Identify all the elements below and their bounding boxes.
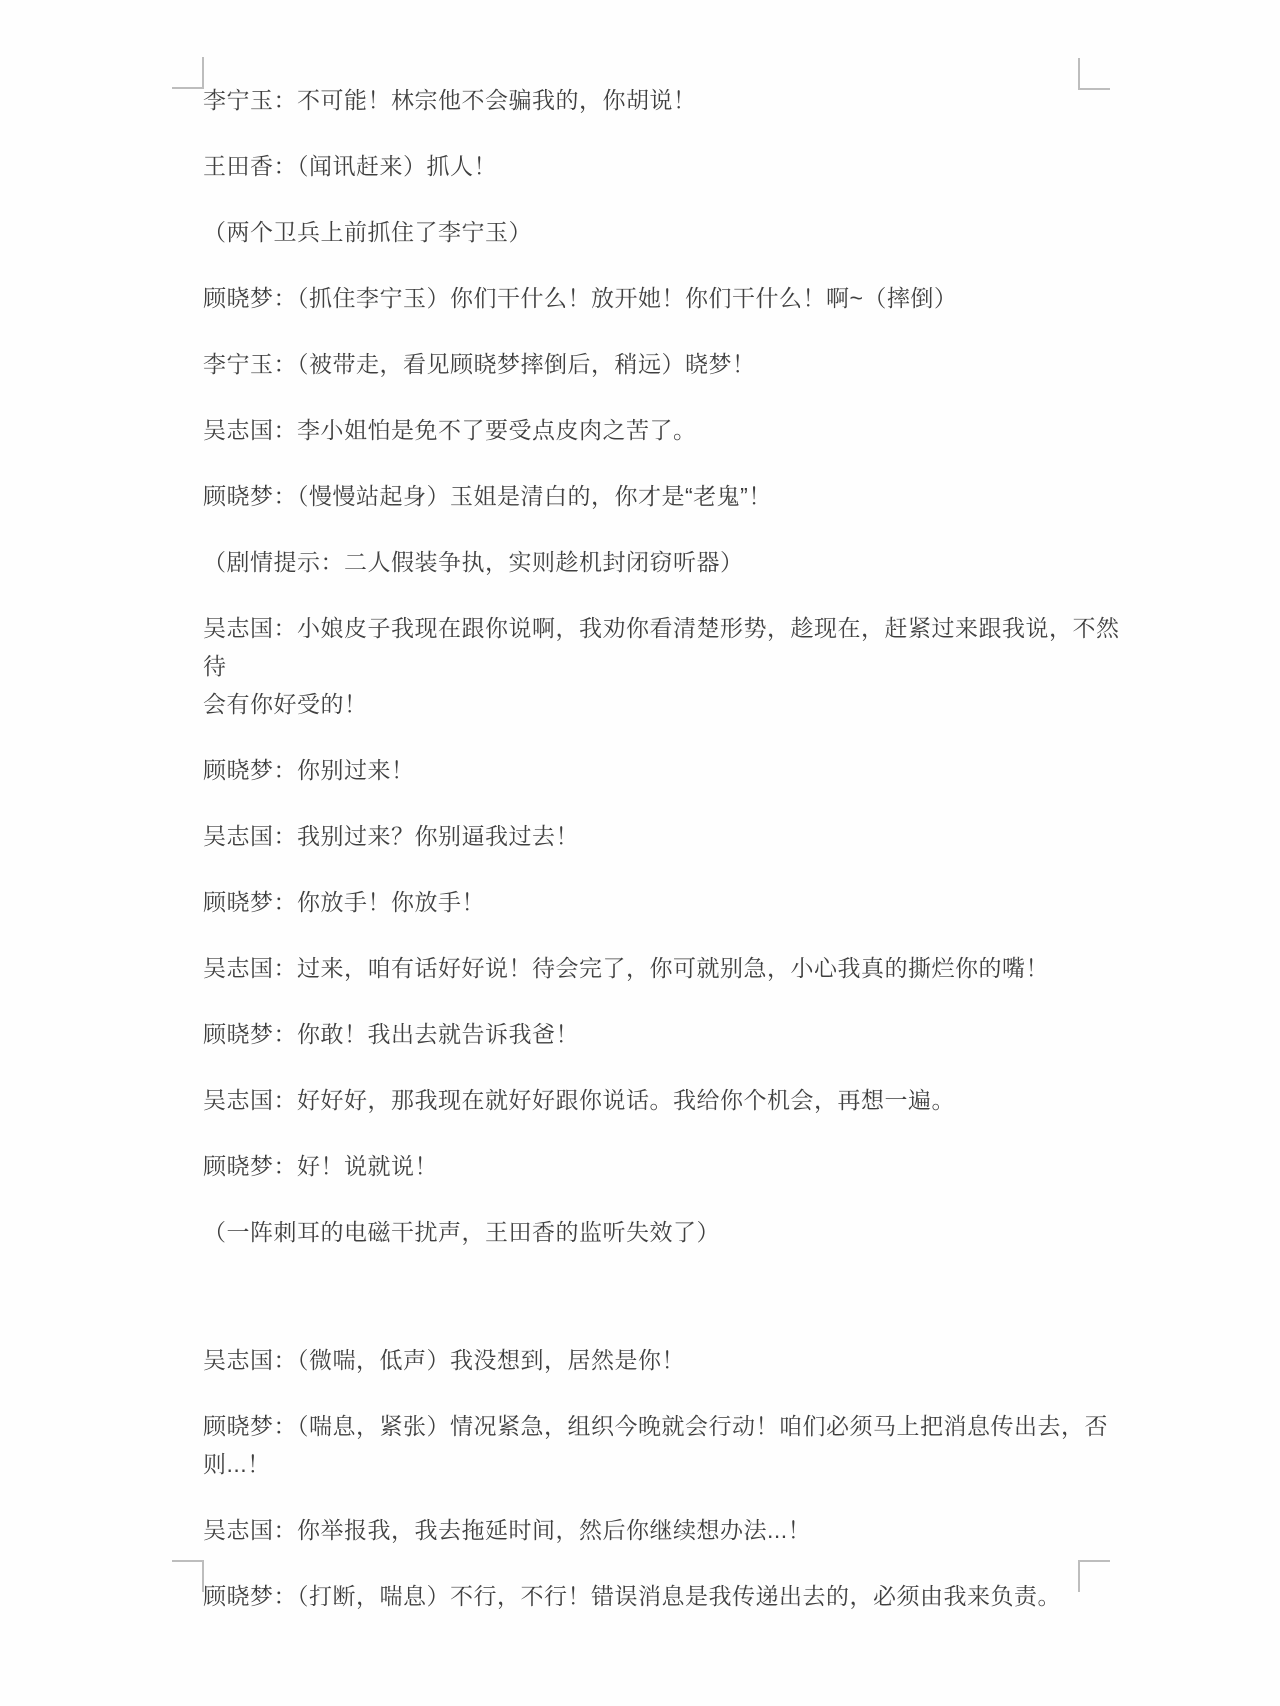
script-line: 吴志国：小娘皮子我现在跟你说啊，我劝你看清楚形势，趁现在，赶紧过来跟我说，不然待: [203, 609, 1135, 685]
script-paragraph: 吴志国：小娘皮子我现在跟你说啊，我劝你看清楚形势，趁现在，赶紧过来跟我说，不然待…: [203, 609, 1135, 723]
script-paragraph: （剧情提示：二人假装争执，实则趁机封闭窃听器）: [203, 543, 1135, 581]
script-line: 吴志国：李小姐怕是免不了要受点皮肉之苦了。: [203, 411, 1135, 449]
script-line: 顾晓梦：（喘息，紧张）情况紧急，组织今晚就会行动！咱们必须马上把消息传出去，否则…: [203, 1407, 1135, 1483]
script-paragraph: 吴志国：（微喘，低声）我没想到，居然是你！: [203, 1341, 1135, 1379]
script-paragraph: 吴志国：过来，咱有话好好说！待会完了，你可就别急，小心我真的撕烂你的嘴！: [203, 949, 1135, 987]
script-line: 李宁玉：不可能！林宗他不会骗我的，你胡说！: [203, 81, 1135, 119]
script-paragraph: （一阵刺耳的电磁干扰声，王田香的监听失效了）: [203, 1213, 1135, 1251]
script-line: 李宁玉：（被带走，看见顾晓梦摔倒后，稍远）晓梦！: [203, 345, 1135, 383]
script-line: 吴志国：过来，咱有话好好说！待会完了，你可就别急，小心我真的撕烂你的嘴！: [203, 949, 1135, 987]
script-line: 顾晓梦：好！说就说！: [203, 1147, 1135, 1185]
script-paragraph: 顾晓梦：（喘息，紧张）情况紧急，组织今晚就会行动！咱们必须马上把消息传出去，否则…: [203, 1407, 1135, 1483]
script-paragraph: 顾晓梦：（慢慢站起身）玉姐是清白的，你才是“老鬼”！: [203, 477, 1135, 515]
script-line: （剧情提示：二人假装争执，实则趁机封闭窃听器）: [203, 543, 1135, 581]
script-line: 吴志国：你举报我，我去拖延时间，然后你继续想办法...！: [203, 1511, 1135, 1549]
script-paragraph: 顾晓梦：你放手！你放手！: [203, 883, 1135, 921]
script-line: 吴志国：（微喘，低声）我没想到，居然是你！: [203, 1341, 1135, 1379]
script-line: 顾晓梦：你别过来！: [203, 751, 1135, 789]
script-paragraph: （两个卫兵上前抓住了李宁玉）: [203, 213, 1135, 251]
script-line: 顾晓梦：（打断，喘息）不行，不行！错误消息是我传递出去的，必须由我来负责。: [203, 1577, 1135, 1615]
script-paragraph: 顾晓梦：好！说就说！: [203, 1147, 1135, 1185]
script-line: 顾晓梦：你放手！你放手！: [203, 883, 1135, 921]
script-paragraph: 吴志国：你举报我，我去拖延时间，然后你继续想办法...！: [203, 1511, 1135, 1549]
script-paragraph: 顾晓梦：（打断，喘息）不行，不行！错误消息是我传递出去的，必须由我来负责。: [203, 1577, 1135, 1615]
script-paragraph: 李宁玉：不可能！林宗他不会骗我的，你胡说！: [203, 81, 1135, 119]
page-corner-mark-bottom-left: [172, 1560, 204, 1592]
script-paragraph: 吴志国：好好好，那我现在就好好跟你说话。我给你个机会，再想一遍。: [203, 1081, 1135, 1119]
script-line: 顾晓梦：（抓住李宁玉）你们干什么！放开她！你们干什么！啊~（摔倒）: [203, 279, 1135, 317]
script-paragraph: 顾晓梦：你敢！我出去就告诉我爸！: [203, 1015, 1135, 1053]
script-paragraph: 顾晓梦：你别过来！: [203, 751, 1135, 789]
script-paragraph: 吴志国：李小姐怕是免不了要受点皮肉之苦了。: [203, 411, 1135, 449]
script-paragraph: 顾晓梦：（抓住李宁玉）你们干什么！放开她！你们干什么！啊~（摔倒）: [203, 279, 1135, 317]
document-page: 李宁玉：不可能！林宗他不会骗我的，你胡说！王田香：（闻讯赶来）抓人！（两个卫兵上…: [0, 0, 1280, 1706]
script-line: （两个卫兵上前抓住了李宁玉）: [203, 213, 1135, 251]
script-line: 吴志国：好好好，那我现在就好好跟你说话。我给你个机会，再想一遍。: [203, 1081, 1135, 1119]
script-line: 会有你好受的！: [203, 685, 1135, 723]
script-line: 顾晓梦：（慢慢站起身）玉姐是清白的，你才是“老鬼”！: [203, 477, 1135, 515]
script-paragraph: 王田香：（闻讯赶来）抓人！: [203, 147, 1135, 185]
script-paragraph: 吴志国：我别过来？你别逼我过去！: [203, 817, 1135, 855]
script-line: 吴志国：我别过来？你别逼我过去！: [203, 817, 1135, 855]
script-line: （一阵刺耳的电磁干扰声，王田香的监听失效了）: [203, 1213, 1135, 1251]
script-body: 李宁玉：不可能！林宗他不会骗我的，你胡说！王田香：（闻讯赶来）抓人！（两个卫兵上…: [203, 81, 1135, 1643]
script-line: 顾晓梦：你敢！我出去就告诉我爸！: [203, 1015, 1135, 1053]
paragraph-spacer: [203, 1279, 1135, 1341]
script-paragraph: 李宁玉：（被带走，看见顾晓梦摔倒后，稍远）晓梦！: [203, 345, 1135, 383]
page-corner-mark-top-left: [172, 57, 204, 89]
script-line: 王田香：（闻讯赶来）抓人！: [203, 147, 1135, 185]
